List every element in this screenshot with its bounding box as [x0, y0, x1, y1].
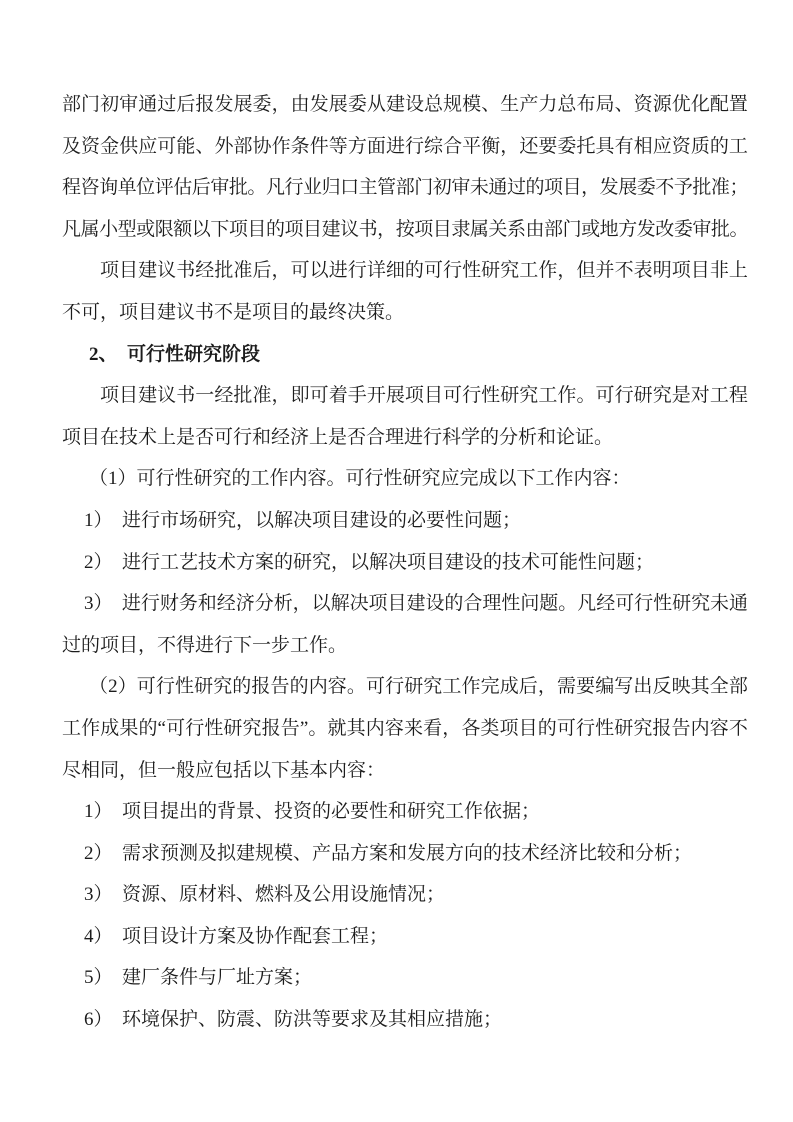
- text-line: 项目在技术上是否可行和经济上是否合理进行科学的分析和论证。: [62, 417, 748, 459]
- text-line: 凡属小型或限额以下项目的项目建议书，按项目隶属关系由部门或地方发改委审批。: [62, 209, 748, 251]
- paragraph: （1）可行性研究的工作内容。可行性研究应完成以下工作内容：: [62, 458, 748, 500]
- text-line: 1） 进行市场研究，以解决项目建设的必要性问题；: [62, 500, 748, 542]
- text-line: 4） 项目设计方案及协作配套工程；: [62, 916, 748, 958]
- list-item: 3） 进行财务和经济分析，以解决项目建设的合理性问题。凡经可行性研究未通 过的项…: [62, 583, 748, 666]
- text-line: 程咨询单位评估后审批。凡行业归口主管部门初审未通过的项目，发展委不予批准；: [62, 167, 748, 209]
- list-item: 6） 环境保护、防震、防洪等要求及其相应措施；: [62, 999, 748, 1041]
- text-line: 工作成果的“可行性研究报告”。就其内容来看，各类项目的可行性研究报告内容不: [62, 708, 748, 750]
- text-line: 项目建议书经批准后，可以进行详细的可行性研究工作，但并不表明项目非上: [62, 250, 748, 292]
- text-line: 不可，项目建议书不是项目的最终决策。: [62, 292, 748, 334]
- document-page: 部门初审通过后报发展委，由发展委从建设总规模、生产力总布局、资源优化配置 及资金…: [0, 0, 793, 1122]
- text-line: 6） 环境保护、防震、防洪等要求及其相应措施；: [62, 999, 748, 1041]
- text-line: 2） 需求预测及拟建规模、产品方案和发展方向的技术经济比较和分析；: [62, 833, 748, 875]
- text-line: （1）可行性研究的工作内容。可行性研究应完成以下工作内容：: [62, 458, 748, 500]
- text-line: 项目建议书一经批准，即可着手开展项目可行性研究工作。可行研究是对工程: [62, 375, 748, 417]
- text-line: 及资金供应可能、外部协作条件等方面进行综合平衡，还要委托具有相应资质的工: [62, 126, 748, 168]
- text-line: 部门初审通过后报发展委，由发展委从建设总规模、生产力总布局、资源优化配置: [62, 84, 748, 126]
- section-heading-text: 2、 可行性研究阶段: [62, 334, 748, 376]
- paragraph: 项目建议书经批准后，可以进行详细的可行性研究工作，但并不表明项目非上 不可，项目…: [62, 250, 748, 333]
- list-item: 1） 进行市场研究，以解决项目建设的必要性问题；: [62, 500, 748, 542]
- text-line: 5） 建厂条件与厂址方案；: [62, 957, 748, 999]
- text-line: （2）可行性研究的报告的内容。可行研究工作完成后，需要编写出反映其全部: [62, 666, 748, 708]
- text-line: 1） 项目提出的背景、投资的必要性和研究工作依据；: [62, 791, 748, 833]
- list-item: 1） 项目提出的背景、投资的必要性和研究工作依据；: [62, 791, 748, 833]
- document-content: 部门初审通过后报发展委，由发展委从建设总规模、生产力总布局、资源优化配置 及资金…: [62, 84, 748, 1041]
- text-line: 过的项目，不得进行下一步工作。: [62, 625, 748, 667]
- list-item: 2） 需求预测及拟建规模、产品方案和发展方向的技术经济比较和分析；: [62, 833, 748, 875]
- list-item: 4） 项目设计方案及协作配套工程；: [62, 916, 748, 958]
- list-item: 5） 建厂条件与厂址方案；: [62, 957, 748, 999]
- text-line: 3） 进行财务和经济分析，以解决项目建设的合理性问题。凡经可行性研究未通: [62, 583, 748, 625]
- text-line: 尽相同，但一般应包括以下基本内容：: [62, 750, 748, 792]
- text-line: 2） 进行工艺技术方案的研究，以解决项目建设的技术可能性问题；: [62, 542, 748, 584]
- list-item: 3） 资源、原材料、燃料及公用设施情况；: [62, 874, 748, 916]
- paragraph: 项目建议书一经批准，即可着手开展项目可行性研究工作。可行研究是对工程 项目在技术…: [62, 375, 748, 458]
- paragraph: 部门初审通过后报发展委，由发展委从建设总规模、生产力总布局、资源优化配置 及资金…: [62, 84, 748, 250]
- text-line: 3） 资源、原材料、燃料及公用设施情况；: [62, 874, 748, 916]
- list-item: 2） 进行工艺技术方案的研究，以解决项目建设的技术可能性问题；: [62, 542, 748, 584]
- paragraph: （2）可行性研究的报告的内容。可行研究工作完成后，需要编写出反映其全部 工作成果…: [62, 666, 748, 791]
- section-heading: 2、 可行性研究阶段: [62, 334, 748, 376]
